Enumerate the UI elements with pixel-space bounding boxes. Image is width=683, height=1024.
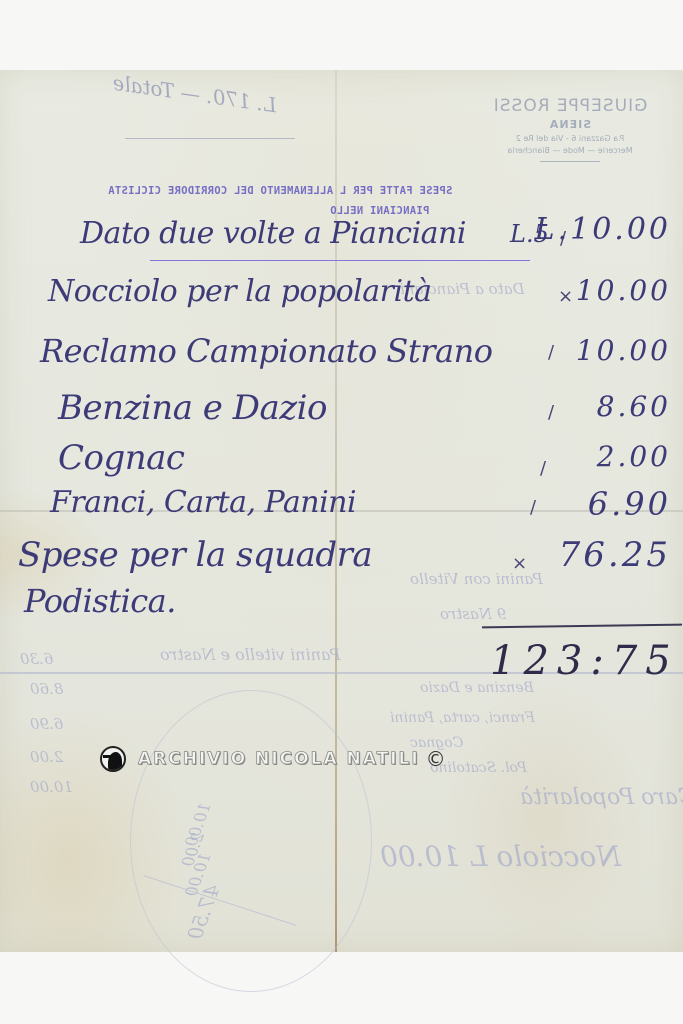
expense-amount: 10.00 bbox=[576, 334, 671, 367]
check-mark-icon: / bbox=[548, 402, 554, 423]
archive-watermark: ARCHIVIO NICOLA NATILI © bbox=[100, 746, 446, 772]
expense-amount: 76.25 bbox=[559, 535, 671, 575]
ghost-amount: 10.00 bbox=[30, 778, 73, 796]
expense-description: Nocciolo per la popolarità bbox=[48, 274, 432, 309]
ghost-text: Caro Popolarità bbox=[520, 785, 683, 810]
check-mark-icon: / bbox=[548, 342, 554, 363]
expense-row: Benzina e Dazio / 8.60 bbox=[0, 388, 683, 438]
ghost-amount: 6.90 bbox=[30, 715, 63, 733]
expense-row: Franci, Carta, Panini / 6.90 bbox=[0, 485, 683, 535]
check-mark-icon: / bbox=[540, 458, 546, 479]
pencil-annotation: L. 170. — Totale bbox=[111, 71, 278, 118]
expense-row: Dato due volte a Pianciani L.5 / L.10.00 bbox=[0, 210, 683, 260]
ghost-text: Panini vitello e Nastro bbox=[160, 645, 341, 664]
letterhead-address: P.a Gazzani 6 - Via del Re 2 bbox=[475, 134, 665, 143]
expense-row: Cognac / 2.00 bbox=[0, 438, 683, 488]
expense-description: Benzina e Dazio bbox=[58, 388, 327, 428]
ghost-amount: 2.00 bbox=[30, 748, 63, 766]
expense-description: Reclamo Campionato Strano bbox=[40, 332, 492, 370]
pencil-underline bbox=[125, 138, 295, 139]
expense-amount: 10.00 bbox=[576, 274, 671, 307]
bird-head-logo-icon bbox=[100, 746, 126, 772]
typed-header-line-1: SPESE FATTE PER L ALLENAMENTO DEL CORRID… bbox=[108, 185, 452, 197]
letterhead-city: SIENA bbox=[475, 118, 665, 131]
document-paper: GIUSEPPE ROSSI SIENA P.a Gazzani 6 - Via… bbox=[0, 70, 683, 952]
expense-description: Dato due volte a Pianciani bbox=[80, 216, 466, 251]
expense-amount: 2.00 bbox=[597, 440, 671, 473]
letterhead-trade: Mercerie — Mode — Biancheria bbox=[475, 146, 665, 155]
copyright-icon: © bbox=[426, 747, 446, 771]
ghost-amount: 6.30 bbox=[20, 650, 53, 668]
check-mark-icon: / bbox=[530, 497, 536, 518]
ghost-text: Nocciolo L 10.00 bbox=[380, 840, 621, 873]
cross-mark-icon: × bbox=[558, 286, 573, 307]
watermark-text: ARCHIVIO NICOLA NATILI bbox=[138, 749, 420, 769]
letterhead: GIUSEPPE ROSSI SIENA P.a Gazzani 6 - Via… bbox=[475, 96, 665, 162]
expense-amount: 8.60 bbox=[597, 390, 671, 423]
expense-amount: 6.90 bbox=[588, 485, 671, 523]
expense-description: Podistica. bbox=[24, 582, 176, 620]
expense-row: Nocciolo per la popolarità × 10.00 bbox=[0, 270, 683, 320]
expense-description: Franci, Carta, Panini bbox=[50, 485, 356, 520]
cross-mark-icon: × bbox=[512, 553, 527, 574]
expense-description: Cognac bbox=[58, 438, 184, 478]
expense-row: Spese per la squadra × 76.25 bbox=[0, 535, 683, 585]
ghost-arc bbox=[130, 690, 372, 992]
total-amount: 123:75 bbox=[490, 638, 679, 684]
ghost-text: Franci, carta, Panini bbox=[390, 710, 535, 726]
expense-row: Reclamo Campionato Strano / 10.00 bbox=[0, 332, 683, 382]
letterhead-rule bbox=[540, 161, 600, 162]
expense-amount: L.10.00 bbox=[535, 212, 671, 247]
expense-description: Spese per la squadra bbox=[18, 535, 372, 575]
letterhead-name: GIUSEPPE ROSSI bbox=[475, 96, 665, 116]
first-line-underline bbox=[150, 260, 530, 261]
ghost-amount: 8.60 bbox=[30, 680, 63, 698]
